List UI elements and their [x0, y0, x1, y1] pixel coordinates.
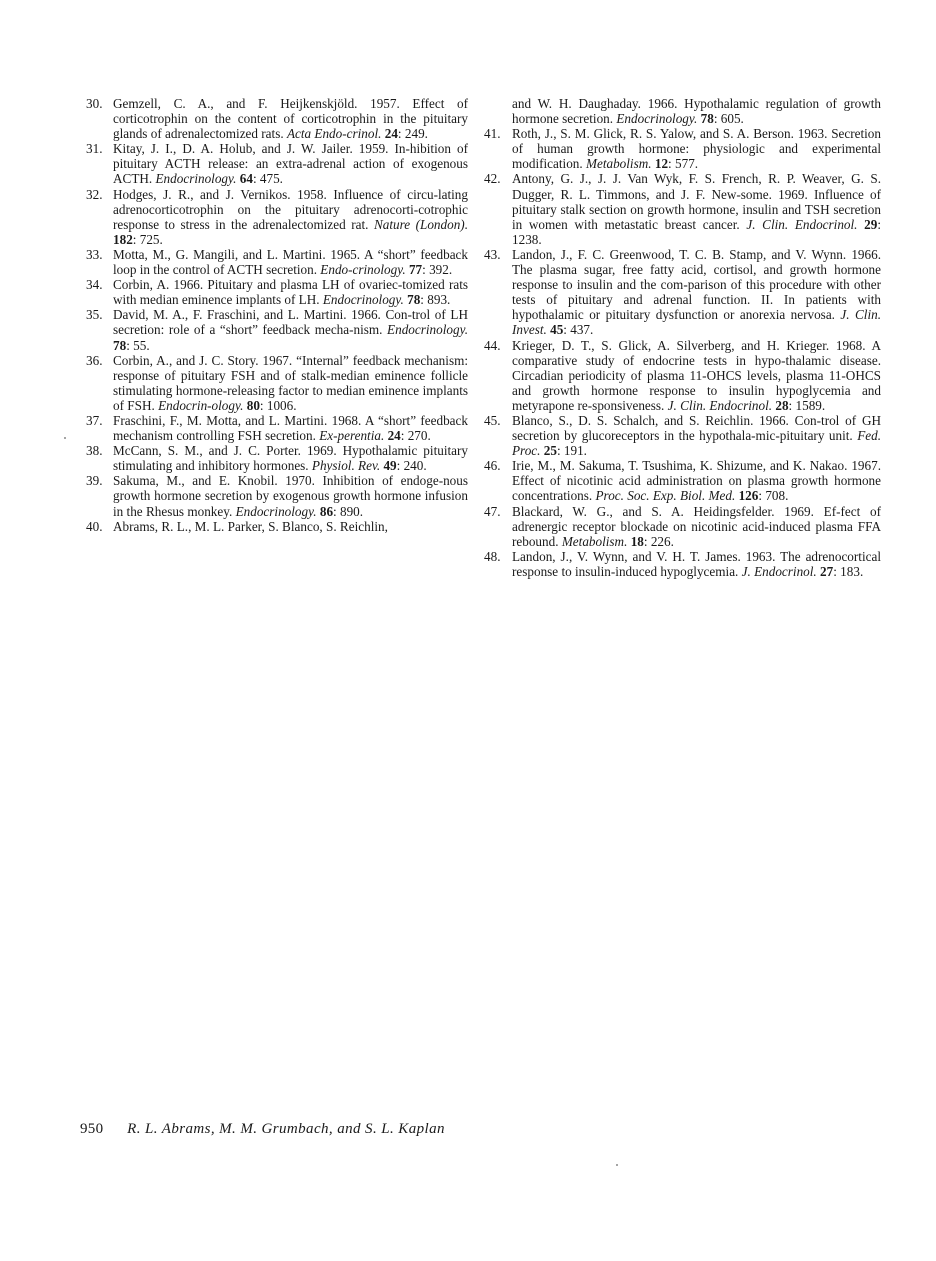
reference-pages: : 240. — [397, 458, 427, 473]
reference-entry: 39.Sakuma, M., and E. Knobil. 1970. Inhi… — [86, 473, 468, 518]
reference-journal: Proc. Soc. Exp. Biol. Med. — [596, 488, 736, 503]
reference-volume: 86 — [320, 504, 333, 519]
reference-entry: 34.Corbin, A. 1966. Pituitary and plasma… — [86, 277, 468, 307]
reference-entry: 47.Blackard, W. G., and S. A. Heidingsfe… — [484, 504, 881, 549]
reference-number: 42. — [484, 171, 500, 186]
references-right-column: and W. H. Daughaday. 1966. Hypothalamic … — [484, 96, 881, 579]
reference-entry: 43.Landon, J., F. C. Greenwood, T. C. B.… — [484, 247, 881, 338]
reference-number: 48. — [484, 549, 500, 564]
reference-number: 31. — [86, 141, 102, 156]
reference-pages: : 1006. — [260, 398, 297, 413]
reference-entry: 31.Kitay, J. I., D. A. Holub, and J. W. … — [86, 141, 468, 186]
reference-pages: : 893. — [420, 292, 450, 307]
reference-number: 34. — [86, 277, 102, 292]
reference-number: 43. — [484, 247, 500, 262]
reference-pages: : 708. — [758, 488, 788, 503]
reference-volume: 78 — [407, 292, 420, 307]
reference-pages: : 191. — [557, 443, 587, 458]
reference-pages: : 725. — [133, 232, 163, 247]
reference-entry: 44.Krieger, D. T., S. Glick, A. Silverbe… — [484, 338, 881, 413]
reference-journal: J. Endocrinol. — [742, 564, 817, 579]
reference-pages: : 270. — [401, 428, 431, 443]
reference-pages: : 55. — [126, 338, 149, 353]
reference-journal: J. Clin. Endocrinol. — [746, 217, 857, 232]
page-number: 950 — [80, 1121, 103, 1137]
reference-number: 47. — [484, 504, 500, 519]
reference-journal: Endo-crinology. — [320, 262, 405, 277]
reference-text: Landon, J., F. C. Greenwood, T. C. B. St… — [512, 247, 881, 322]
reference-number: 41. — [484, 126, 500, 141]
reference-volume: 78 — [113, 338, 126, 353]
reference-text: Blanco, S., D. S. Schalch, and S. Reichl… — [512, 413, 881, 443]
reference-pages: : 577. — [668, 156, 698, 171]
reference-text: and W. H. Daughaday. 1966. Hypothalamic … — [512, 96, 881, 126]
reference-journal: Ex-perentia. — [319, 428, 384, 443]
reference-number: 33. — [86, 247, 102, 262]
reference-entry: 40.Abrams, R. L., M. L. Parker, S. Blanc… — [86, 519, 468, 534]
reference-journal: Endocrinology. — [323, 292, 404, 307]
reference-text: Abrams, R. L., M. L. Parker, S. Blanco, … — [113, 519, 388, 534]
reference-number: 30. — [86, 96, 102, 111]
reference-volume: 12 — [655, 156, 668, 171]
reference-entry: 35.David, M. A., F. Fraschini, and L. Ma… — [86, 307, 468, 352]
reference-entry: 38.McCann, S. M., and J. C. Porter. 1969… — [86, 443, 468, 473]
scan-speck — [64, 437, 66, 439]
reference-entry: 32.Hodges, J. R., and J. Vernikos. 1958.… — [86, 187, 468, 247]
reference-volume: 64 — [240, 171, 253, 186]
reference-volume: 18 — [631, 534, 644, 549]
reference-volume: 45 — [550, 322, 563, 337]
reference-journal: Acta Endo-crinol. — [287, 126, 382, 141]
reference-pages: : 890. — [333, 504, 363, 519]
reference-journal: Endocrinology. — [616, 111, 697, 126]
reference-number: 35. — [86, 307, 102, 322]
reference-number: 45. — [484, 413, 500, 428]
reference-journal: Nature (London). — [374, 217, 468, 232]
reference-number: 39. — [86, 473, 102, 488]
reference-entry: 45.Blanco, S., D. S. Schalch, and S. Rei… — [484, 413, 881, 458]
reference-number: 38. — [86, 443, 102, 458]
reference-volume: 25 — [544, 443, 557, 458]
reference-entry: 36.Corbin, A., and J. C. Story. 1967. “I… — [86, 353, 468, 413]
reference-number: 46. — [484, 458, 500, 473]
reference-entry: 30.Gemzell, C. A., and F. Heijkenskjöld.… — [86, 96, 468, 141]
reference-journal: Physiol. Rev. — [312, 458, 380, 473]
page-footer: 950 R. L. Abrams, M. M. Grumbach, and S.… — [80, 1121, 445, 1138]
reference-pages: : 392. — [422, 262, 452, 277]
reference-entry: and W. H. Daughaday. 1966. Hypothalamic … — [484, 96, 881, 126]
scan-speck — [616, 1164, 618, 1166]
reference-journal: Endocrinology. — [387, 322, 468, 337]
references-left-column: 30.Gemzell, C. A., and F. Heijkenskjöld.… — [86, 96, 468, 534]
reference-pages: : 605. — [714, 111, 744, 126]
reference-journal: Endocrin-ology. — [158, 398, 243, 413]
reference-journal: J. Clin. Endocrinol. — [668, 398, 772, 413]
reference-volume: 126 — [739, 488, 759, 503]
reference-number: 44. — [484, 338, 500, 353]
reference-entry: 41.Roth, J., S. M. Glick, R. S. Yalow, a… — [484, 126, 881, 171]
reference-journal: Metabolism. — [586, 156, 652, 171]
reference-volume: 49 — [383, 458, 396, 473]
reference-entry: 33.Motta, M., G. Mangili, and L. Martini… — [86, 247, 468, 277]
reference-pages: : 475. — [253, 171, 283, 186]
reference-volume: 27 — [820, 564, 833, 579]
reference-entry: 42.Antony, G. J., J. J. Van Wyk, F. S. F… — [484, 171, 881, 246]
reference-volume: 78 — [701, 111, 714, 126]
reference-journal: Endocrinology. — [156, 171, 237, 186]
reference-entry: 48.Landon, J., V. Wynn, and V. H. T. Jam… — [484, 549, 881, 579]
running-footer-authors: R. L. Abrams, M. M. Grumbach, and S. L. … — [127, 1121, 445, 1137]
reference-pages: : 183. — [833, 564, 863, 579]
reference-pages: : 1589. — [789, 398, 826, 413]
reference-volume: 77 — [409, 262, 422, 277]
reference-number: 37. — [86, 413, 102, 428]
reference-volume: 182 — [113, 232, 133, 247]
reference-volume: 24 — [385, 126, 398, 141]
reference-volume: 28 — [775, 398, 788, 413]
reference-volume: 80 — [247, 398, 260, 413]
reference-number: 32. — [86, 187, 102, 202]
reference-number: 36. — [86, 353, 102, 368]
reference-pages: : 226. — [644, 534, 674, 549]
reference-journal: Endocrinology. — [236, 504, 317, 519]
reference-entry: 46.Irie, M., M. Sakuma, T. Tsushima, K. … — [484, 458, 881, 503]
reference-pages: : 437. — [563, 322, 593, 337]
reference-volume: 29 — [864, 217, 877, 232]
reference-pages: : 249. — [398, 126, 428, 141]
reference-entry: 37.Fraschini, F., M. Motta, and L. Marti… — [86, 413, 468, 443]
reference-journal: Metabolism. — [562, 534, 628, 549]
reference-volume: 24 — [388, 428, 401, 443]
reference-number: 40. — [86, 519, 102, 534]
